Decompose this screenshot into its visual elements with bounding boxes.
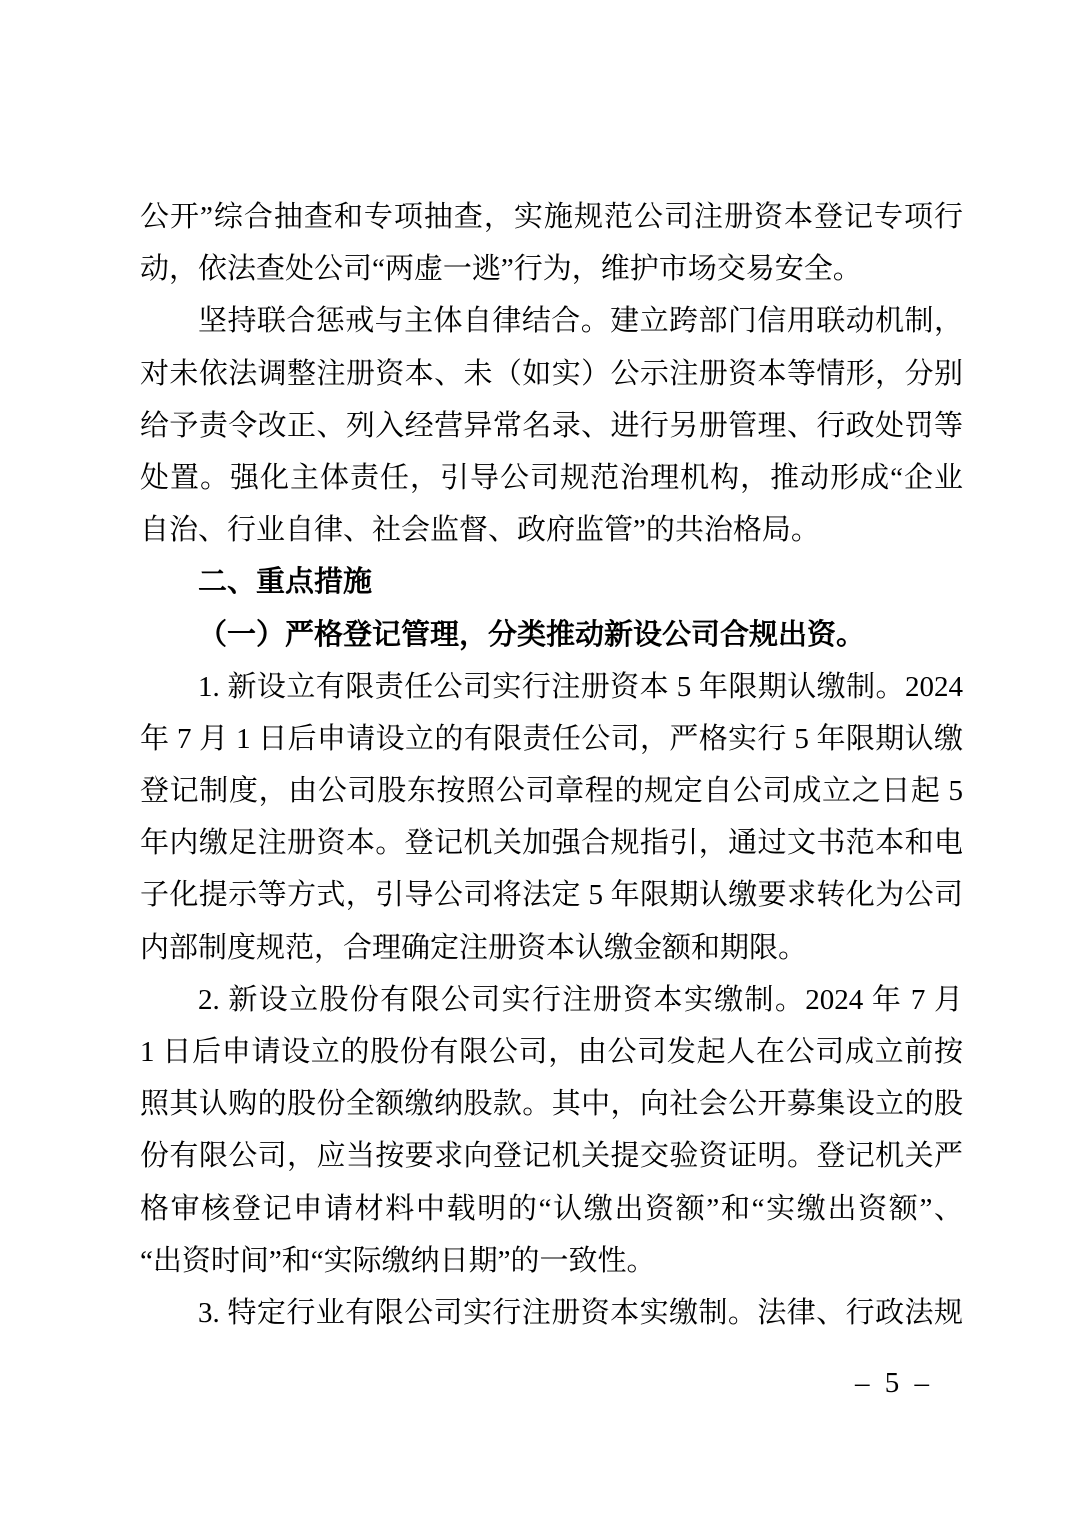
doc-line: 2. 新设立股份有限公司实行注册资本实缴制。2024 年 7 月: [140, 974, 963, 1026]
doc-line: “出资时间”和“实际缴纳日期”的一致性。: [140, 1235, 963, 1287]
doc-line: 年内缴足注册资本。登记机关加强合规指引，通过文书范本和电: [140, 817, 963, 869]
doc-line: 内部制度规范，合理确定注册资本认缴金额和期限。: [140, 922, 963, 974]
doc-line: 年 7 月 1 日后申请设立的有限责任公司，严格实行 5 年限期认缴: [140, 713, 963, 765]
doc-line: 对未依法调整注册资本、未（如实）公示注册资本等情形，分别: [140, 348, 963, 400]
doc-line: 份有限公司，应当按要求向登记机关提交验资证明。登记机关严: [140, 1130, 963, 1182]
doc-line: 自治、行业自律、社会监督、政府监管”的共治格局。: [140, 504, 963, 556]
doc-line: 1 日后申请设立的股份有限公司，由公司发起人在公司成立前按: [140, 1026, 963, 1078]
section-heading: 二、重点措施: [140, 556, 963, 608]
doc-line: 3. 特定行业有限公司实行注册资本实缴制。法律、行政法规: [140, 1287, 963, 1339]
doc-line: 1. 新设立有限责任公司实行注册资本 5 年限期认缴制。2024: [140, 661, 963, 713]
doc-line: 子化提示等方式，引导公司将法定 5 年限期认缴要求转化为公司: [140, 869, 963, 921]
doc-line: 动，依法查处公司“两虚一逃”行为，维护市场交易安全。: [140, 243, 963, 295]
doc-line: 给予责令改正、列入经营异常名录、进行另册管理、行政处罚等: [140, 400, 963, 452]
document-page: 公开”综合抽查和专项抽查，实施规范公司注册资本登记专项行 动，依法查处公司“两虚…: [0, 0, 1074, 1520]
doc-line: 公开”综合抽查和专项抽查，实施规范公司注册资本登记专项行: [140, 191, 963, 243]
doc-line: 格审核登记申请材料中载明的“认缴出资额”和“实缴出资额”、: [140, 1183, 963, 1235]
doc-line: 照其认购的股份全额缴纳股款。其中，向社会公开募集设立的股: [140, 1078, 963, 1130]
page-number: – 5 –: [855, 1367, 933, 1399]
text-block: 公开”综合抽查和专项抽查，实施规范公司注册资本登记专项行 动，依法查处公司“两虚…: [140, 191, 963, 1339]
doc-line: 处置。强化主体责任，引导公司规范治理机构，推动形成“企业: [140, 452, 963, 504]
subsection-heading: （一）严格登记管理，分类推动新设公司合规出资。: [140, 609, 963, 661]
doc-line: 坚持联合惩戒与主体自律结合。建立跨部门信用联动机制，: [140, 295, 963, 347]
doc-line: 登记制度，由公司股东按照公司章程的规定自公司成立之日起 5: [140, 765, 963, 817]
